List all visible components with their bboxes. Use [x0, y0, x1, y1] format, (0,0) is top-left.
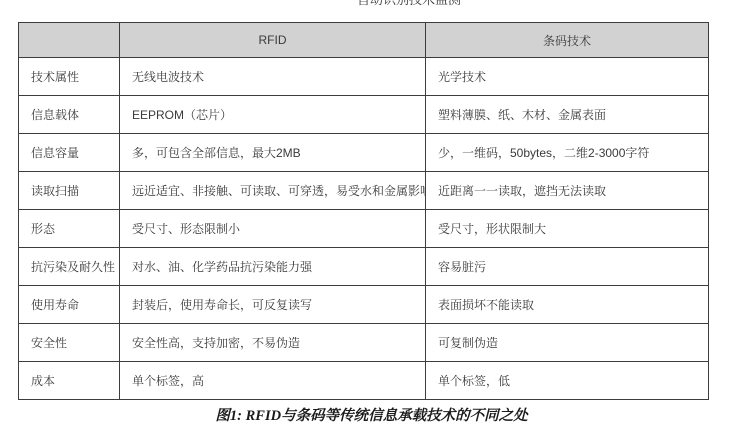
rfid-cell: 无线电波技术: [120, 58, 426, 96]
rfid-cell: 受尺寸、形态限制小: [120, 210, 426, 248]
header-barcode-cell: 条码技术: [426, 23, 709, 58]
row-label-cell: 形态: [19, 210, 120, 248]
barcode-cell: 光学技术: [426, 58, 709, 96]
barcode-cell: 受尺寸，形状限制大: [426, 210, 709, 248]
header-attribute-cell: [19, 23, 120, 58]
row-label-cell: 成本: [19, 362, 120, 400]
rfid-cell: 单个标签，高: [120, 362, 426, 400]
rfid-cell: 封装后，使用寿命长，可反复读写: [120, 286, 426, 324]
table-row: 读取扫描 远近适宜、非接触、可读取、可穿透，易受水和金属影响 近距离一一读取，遮…: [19, 172, 709, 210]
header-rfid-cell: RFID: [120, 23, 426, 58]
rfid-cell: 安全性高，支持加密，不易伪造: [120, 324, 426, 362]
barcode-cell: 容易脏污: [426, 248, 709, 286]
document-page: 自动识别技术监测 RFID 条码技术 技术属性 无线电波技术 光学技术 信息载体…: [0, 0, 743, 435]
barcode-cell: 表面损坏不能读取: [426, 286, 709, 324]
figure-caption: 图1: RFID与条码等传统信息承载技术的不同之处: [0, 404, 743, 425]
table-row: 成本 单个标签，高 单个标签，低: [19, 362, 709, 400]
comparison-table: RFID 条码技术 技术属性 无线电波技术 光学技术 信息载体 EEPROM（芯…: [18, 22, 709, 400]
row-label-cell: 技术属性: [19, 58, 120, 96]
table-row: 技术属性 无线电波技术 光学技术: [19, 58, 709, 96]
table-row: 形态 受尺寸、形态限制小 受尺寸，形状限制大: [19, 210, 709, 248]
row-label-cell: 使用寿命: [19, 286, 120, 324]
table-row: 安全性 安全性高，支持加密，不易伪造 可复制伪造: [19, 324, 709, 362]
row-label-cell: 安全性: [19, 324, 120, 362]
rfid-cell: 远近适宜、非接触、可读取、可穿透，易受水和金属影响: [120, 172, 426, 210]
clipped-top-text-content: 自动识别技术监测: [357, 0, 461, 7]
header-row: RFID 条码技术: [19, 23, 709, 58]
rfid-cell: 对水、油、化学药品抗污染能力强: [120, 248, 426, 286]
barcode-cell: 单个标签，低: [426, 362, 709, 400]
row-label-cell: 读取扫描: [19, 172, 120, 210]
barcode-cell: 可复制伪造: [426, 324, 709, 362]
row-label-cell: 抗污染及耐久性: [19, 248, 120, 286]
table-row: 信息载体 EEPROM（芯片） 塑料薄膜、纸、木材、金属表面: [19, 96, 709, 134]
barcode-cell: 塑料薄膜、纸、木材、金属表面: [426, 96, 709, 134]
clipped-top-text: 自动识别技术监测: [357, 0, 467, 7]
rfid-cell: EEPROM（芯片）: [120, 96, 426, 134]
barcode-cell: 近距离一一读取，遮挡无法读取: [426, 172, 709, 210]
barcode-cell: 少，一维码，50bytes，二维2-3000字符: [426, 134, 709, 172]
row-label-cell: 信息容量: [19, 134, 120, 172]
row-label-cell: 信息载体: [19, 96, 120, 134]
rfid-cell: 多，可包含全部信息，最大2MB: [120, 134, 426, 172]
table-row: 抗污染及耐久性 对水、油、化学药品抗污染能力强 容易脏污: [19, 248, 709, 286]
table-row: 信息容量 多，可包含全部信息，最大2MB 少，一维码，50bytes，二维2-3…: [19, 134, 709, 172]
table-row: 使用寿命 封装后，使用寿命长，可反复读写 表面损坏不能读取: [19, 286, 709, 324]
